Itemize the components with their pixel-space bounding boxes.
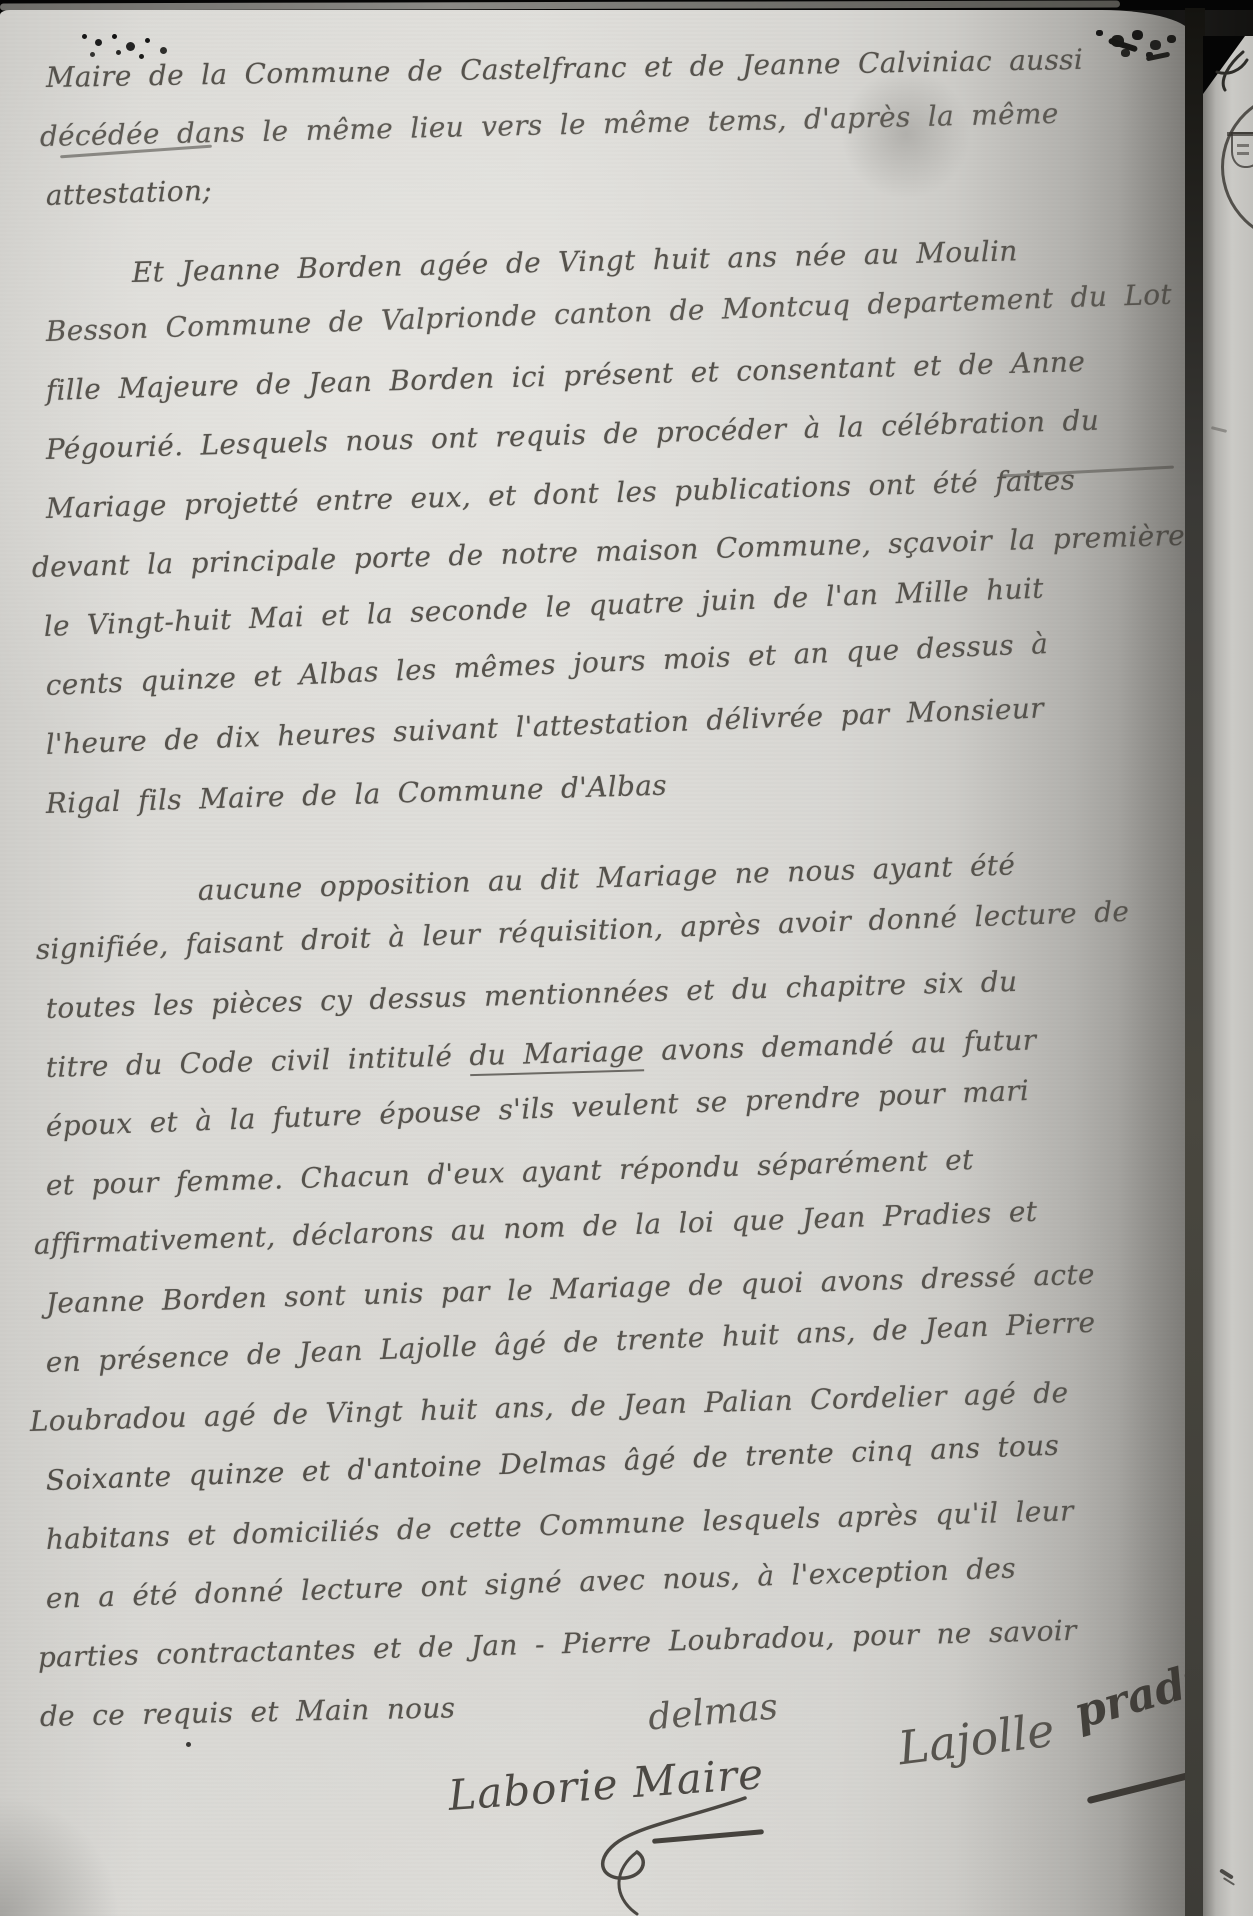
register-scan: Maire de la Commune de Castelfranc et de…	[0, 0, 1253, 1916]
ink-blot	[82, 34, 87, 39]
handwriting-fragment	[1211, 426, 1227, 433]
signature-flourish	[545, 1792, 765, 1916]
ink-blot	[186, 1742, 191, 1747]
manuscript-text: Maire de la Commune de Castelfranc et de…	[46, 48, 1206, 1746]
stamp-crest-icon	[1231, 132, 1253, 168]
manuscript-page: Maire de la Commune de Castelfranc et de…	[0, 10, 1192, 1916]
ink-blot	[1096, 30, 1103, 36]
facing-page-edge	[1203, 36, 1253, 1916]
line-text: avons demandé au futur	[644, 1023, 1037, 1067]
book-fold	[1185, 8, 1205, 1916]
underlined-phrase: du Mariage	[469, 1034, 645, 1076]
handwriting-flourish	[1209, 46, 1249, 116]
line-text: titre du Code civil intitulé	[45, 1039, 469, 1084]
handwriting-fragment	[1219, 1868, 1234, 1879]
page-stack-edge	[0, 1, 1120, 11]
